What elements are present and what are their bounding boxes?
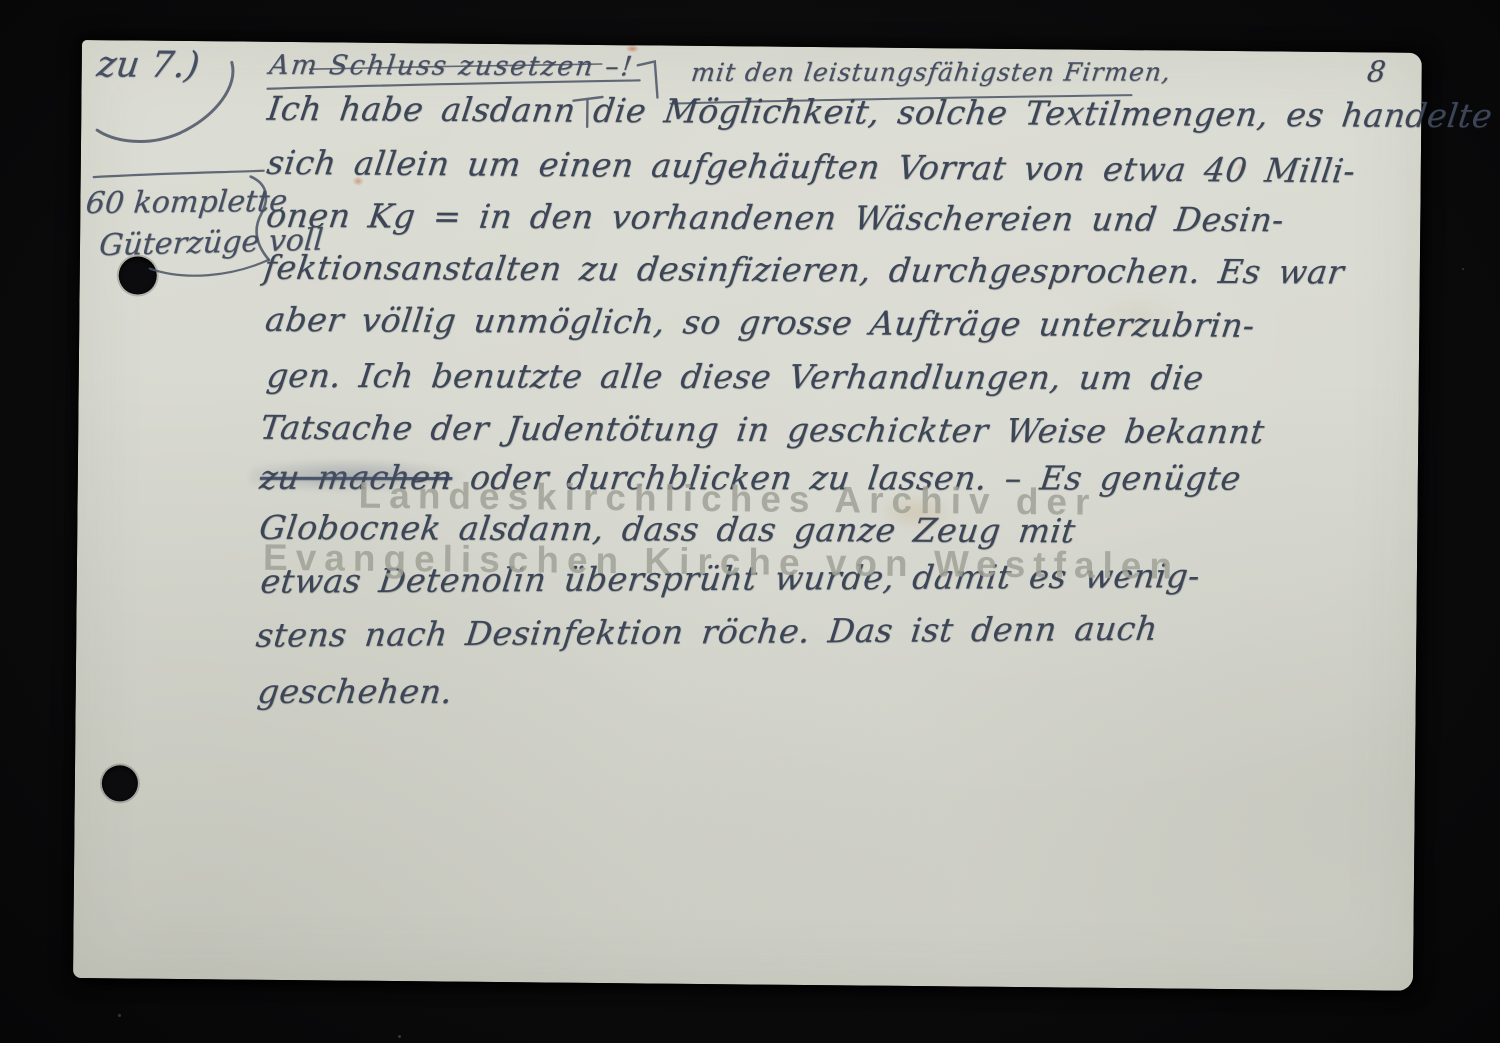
header-instruction: Am Schluss zusetzen –!: [268, 50, 636, 83]
handwriting-line-4: fektionsanstalten zu desinfizieren, durc…: [262, 249, 1347, 292]
paper-sheet: zu 7.) Am Schluss zusetzen –! mit den le…: [73, 40, 1422, 991]
handwriting-line-1: Ich habe alsdann die Möglichkeit, solche…: [265, 90, 1495, 135]
watermark-line-1: Landeskirchliches Archiv der: [358, 475, 1097, 524]
handwriting-line-3: onen Kg = in den vorhandenen Wäschereien…: [264, 197, 1286, 239]
page-number: 8: [1366, 54, 1388, 88]
dust-speck: [118, 1014, 121, 1017]
handwriting-line-11: stens nach Desinfektion röche. Das ist d…: [254, 610, 1160, 655]
watermark-line-2: Evangelischen Kirche von Westfalen: [263, 537, 1180, 588]
header-insertion: mit den leistungsfähigsten Firmen,: [690, 57, 1173, 86]
handwriting-line-2: sich allein um einen aufgehäuften Vorrat…: [265, 144, 1358, 190]
margin-note-line-1: 60 komplette: [84, 184, 289, 221]
margin-note-overline: [94, 169, 264, 179]
dust-speck: [1462, 268, 1464, 270]
handwriting-line-6: gen. Ich benutzte alle diese Verhandlung…: [265, 357, 1206, 397]
handwriting-line-5: aber völlig unmöglich, so grosse Aufträg…: [263, 301, 1257, 345]
punch-hole-bottom: [102, 765, 138, 801]
photo-background: { "page": { "background_color": "#0b0b0c…: [0, 0, 1500, 1043]
handwriting-line-12: geschehen.: [256, 673, 455, 711]
handwriting-line-7: Tatsache der Judentötung in geschickter …: [258, 409, 1267, 451]
dust-speck: [398, 1035, 401, 1038]
margin-reference: zu 7.): [95, 44, 202, 86]
